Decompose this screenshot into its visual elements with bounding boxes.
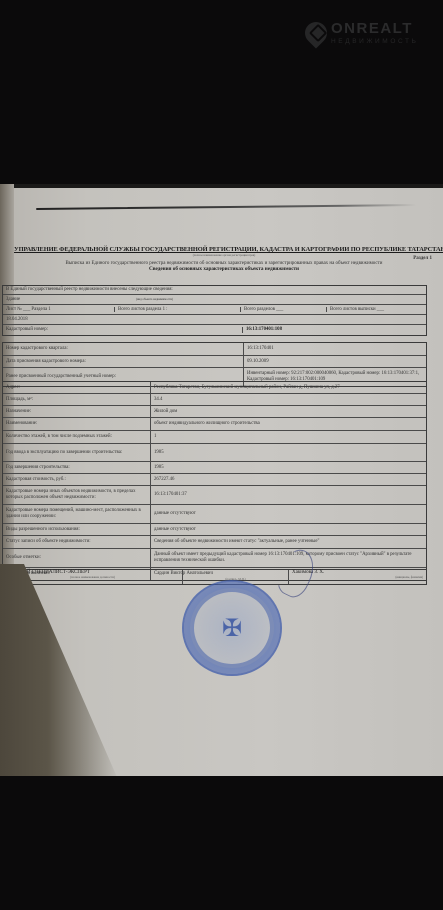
row-value: 1985: [151, 465, 426, 471]
section-label: Раздел 1: [413, 256, 432, 261]
onrealt-watermark: ONREALT НЕДВИЖИМОСТЬ: [305, 21, 419, 46]
row-label: Дата присвоения кадастрового номера:: [3, 356, 244, 367]
official-stamp: ✠: [182, 580, 282, 676]
row-label: Кадастровая стоимость, руб.:: [3, 474, 151, 485]
row-value: 34.4: [151, 397, 426, 403]
row-label: Виды разрешенного использования:: [3, 524, 151, 535]
header-table: В Единый государственный реестр недвижим…: [2, 285, 427, 336]
row-value: 267227.46: [151, 477, 426, 483]
row-value: объект индивидуального жилищного строите…: [151, 421, 426, 427]
paper-top-edge: [0, 184, 443, 188]
row-value: Жилой дом: [151, 409, 426, 415]
total-sections: Всего разделов ___: [241, 307, 327, 313]
watermark-subtitle: НЕДВИЖИМОСТЬ: [331, 39, 419, 46]
row-label: Площадь, м²:: [3, 394, 151, 405]
row-label: Особые отметки:: [3, 549, 151, 567]
row-value: данные отсутствуют: [151, 527, 426, 533]
row-label: Номер кадастрового квартала:: [3, 343, 244, 355]
watermark-brand: ONREALT: [331, 21, 419, 36]
row-label: Год завершения строительства:: [3, 462, 151, 473]
row-value: 09.10.2009: [244, 359, 426, 365]
cadastral-label: Кадастровый номер:: [3, 327, 243, 333]
row-value: 16:13:170401:37: [151, 492, 426, 498]
row-value: данные отсутствуют: [151, 511, 426, 517]
pen-stroke: [36, 204, 416, 210]
row-label: Наименование:: [3, 418, 151, 430]
extract-subtitle: Сведения об основных характеристиках объ…: [10, 266, 438, 272]
home-pin-icon: [300, 18, 331, 49]
characteristics-table: Адрес:Республика Татарстан, Бугульмински…: [2, 381, 427, 581]
row-label: Год ввода в эксплуатацию по завершении с…: [3, 444, 151, 461]
cadastral-number: 16:13:170401:108: [243, 327, 285, 333]
eagle-emblem-icon: ✠: [222, 614, 242, 643]
total-sheets-extract: Всего листов выписки ___: [327, 307, 387, 313]
row-value: Республика Татарстан, Бугульминский муни…: [151, 385, 426, 391]
total-sheets-section: Всего листов раздела 1 :: [115, 307, 241, 313]
agency-title: УПРАВЛЕНИЕ ФЕДЕРАЛЬНОЙ СЛУЖБЫ ГОСУДАРСТВ…: [14, 246, 438, 253]
row-value: 16:13:170401: [244, 346, 426, 352]
sheet-number: Лист № ___ Раздела 1: [3, 307, 115, 313]
agency-note: (полное наименование органа регистрации …: [10, 253, 438, 257]
row-label: Статус записи об объекте недвижимости:: [3, 536, 151, 548]
row-label: Количество этажей, в том числе подземных…: [3, 431, 151, 443]
object-type-note: (вид объекта недвижимости): [133, 298, 176, 301]
row-label: Кадастровые номера иных объектов недвижи…: [3, 486, 151, 504]
row-value: Сведения об объекте недвижимости имеют с…: [151, 539, 426, 545]
document-photo: УПРАВЛЕНИЕ ФЕДЕРАЛЬНОЙ СЛУЖБЫ ГОСУДАРСТВ…: [0, 184, 443, 776]
extract-date: 18.04.2018: [3, 317, 31, 323]
row-value: 1985: [151, 450, 426, 456]
hand-shadow: [0, 564, 120, 776]
row-label: Назначение:: [3, 406, 151, 417]
register-intro: В Единый государственный реестр недвижим…: [3, 287, 176, 293]
position-note: (полное наименование должности): [6, 576, 179, 579]
row-value: 1: [151, 434, 426, 440]
row-label: Адрес:: [3, 382, 151, 393]
extract-document: УПРАВЛЕНИЕ ФЕДЕРАЛЬНОЙ СЛУЖБЫ ГОСУДАРСТВ…: [10, 246, 438, 272]
row-label: Кадастровые номера помещений, машино-мес…: [3, 505, 151, 523]
object-type: Здание: [3, 297, 23, 303]
